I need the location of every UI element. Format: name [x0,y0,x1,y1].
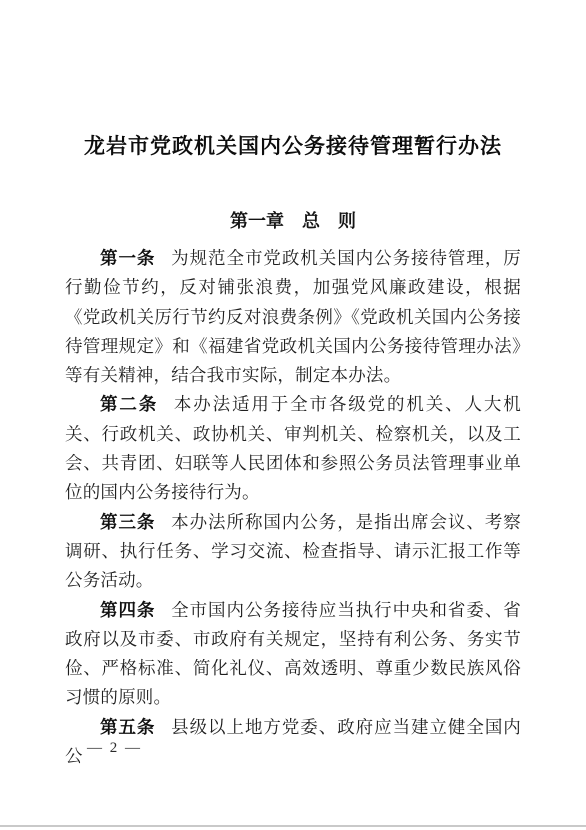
chapter-heading: 第一章 总 则 [0,208,586,234]
paragraph: 第二条本办法适用于全市各级党的机关、人大机关、行政机关、政协机关、审判机关、检察… [65,390,521,507]
article-label: 第一条 [100,248,155,268]
article-text: 为规范全市党政机关国内公务接待管理，厉行勤俭节约，反对铺张浪费，加强党风廉政建设… [65,248,521,385]
document-title: 龙岩市党政机关国内公务接待管理暂行办法 [0,130,586,160]
page-number: — 2 — [87,740,142,757]
document-page: 龙岩市党政机关国内公务接待管理暂行办法 第一章 总 则 第一条为规范全市党政机关… [0,0,586,830]
article-label: 第四条 [100,600,155,620]
paragraph: 第四条全市国内公务接待应当执行中央和省委、省政府以及市委、市政府有关规定，坚持有… [65,596,521,713]
article-label: 第二条 [100,394,158,414]
article-label: 第五条 [100,717,155,737]
paragraph: 第一条为规范全市党政机关国内公务接待管理，厉行勤俭节约，反对铺张浪费，加强党风廉… [65,244,521,390]
document-body: 第一条为规范全市党政机关国内公务接待管理，厉行勤俭节约，反对铺张浪费，加强党风廉… [65,244,521,771]
paragraph: 第三条本办法所称国内公务，是指出席会议、考察调研、执行任务、学习交流、检查指导、… [65,508,521,596]
scan-edge-line [0,825,586,827]
article-label: 第三条 [100,512,155,532]
